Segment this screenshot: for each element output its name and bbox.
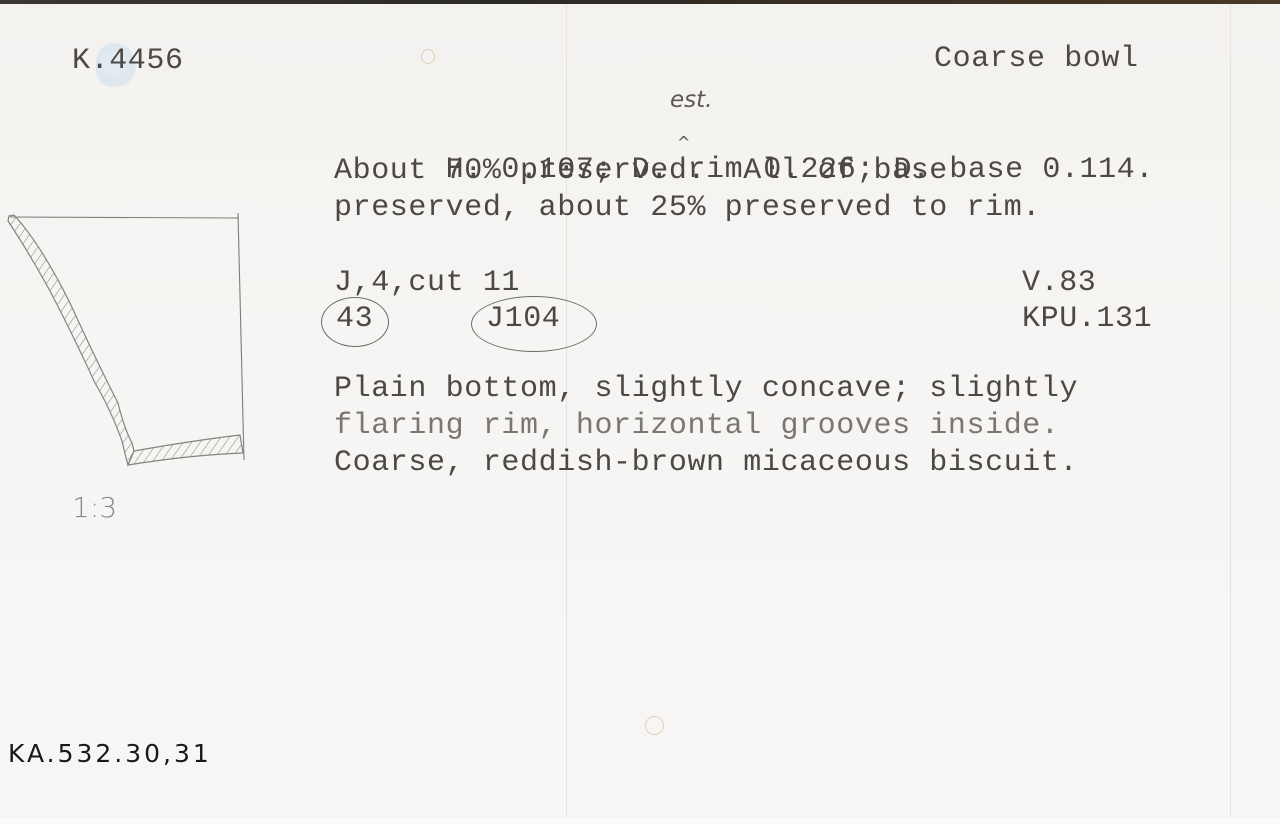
profile-drawing [0,203,260,483]
ink-circle [471,296,597,352]
description-line3: Coarse, reddish-brown micaceous biscuit. [334,445,1078,482]
description-line1: Plain bottom, slightly concave; slightly [334,371,1078,408]
ref-v83: V.83 [1022,265,1096,302]
scan-edge-top [0,0,1280,4]
insertion-caret: ^ [677,133,690,152]
context-location: J,4,cut 11 [334,265,520,302]
dimensions-line2: About 70% preserved. All of base [334,153,948,190]
ref-kpu131: KPU.131 [1022,301,1152,338]
handwritten-annotation-est: est. [670,87,712,113]
dimensions-line3: preserved, about 25% preserved to rim. [334,190,1041,227]
paper-crease [1230,3,1231,818]
ink-circle [321,297,389,347]
scan-edge-bottom [0,818,1280,824]
paper-stain [421,49,435,64]
description-line2: flaring rim, horizontal grooves inside. [334,408,1060,445]
archive-number: KA.532.30,31 [8,739,212,768]
drawing-scale: 1:3 [72,491,117,524]
catalog-card: K.4456 Coarse bowl H. 0.107; D. rim0.226… [0,3,1280,818]
catalog-number: K.4456 [72,43,184,80]
object-title: Coarse bowl [934,41,1139,78]
paper-stain [645,716,664,735]
